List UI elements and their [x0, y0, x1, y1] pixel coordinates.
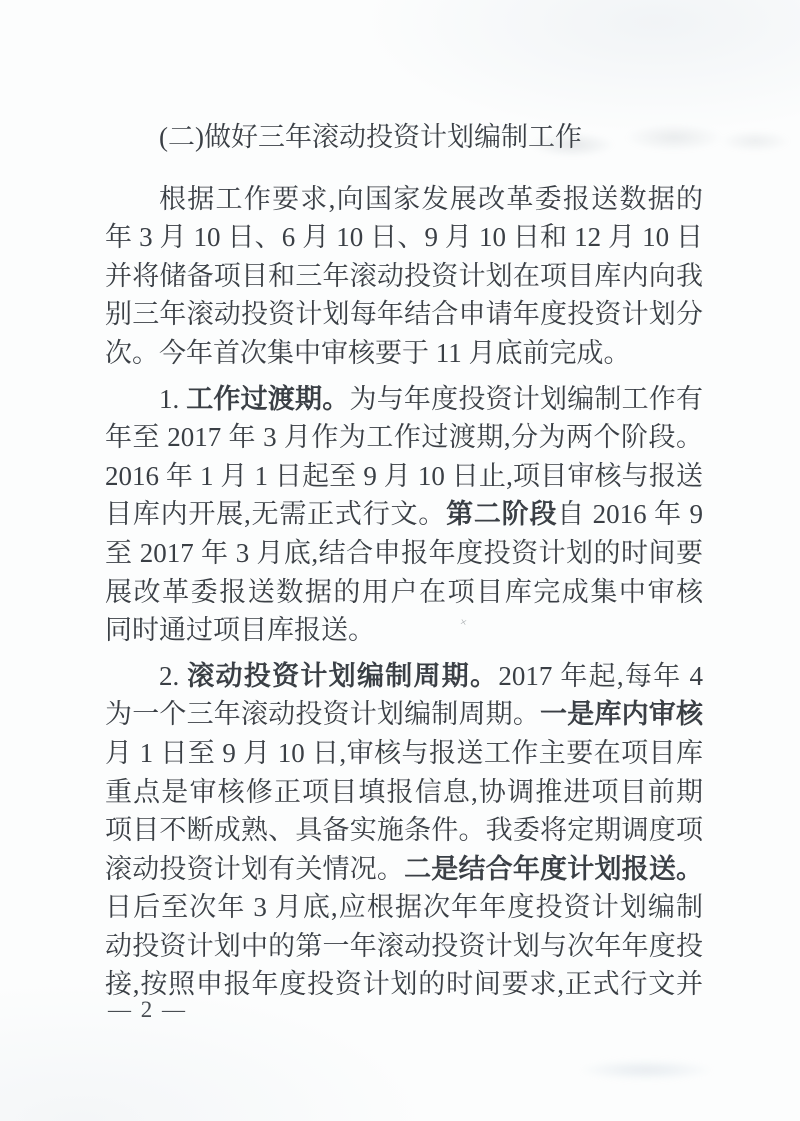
text-run: 日后至次年 3 月底,应根据次年年度投资计划编制要求,将三年滚 — [105, 892, 703, 927]
text-line: 目库内开展,无需正式行文。第二阶段自 2016 年 9 月 10 日以后 — [105, 495, 703, 534]
text-line: 至 2017 年 3 月底,结合申报年度投资计划的时间要求,向国家发 — [105, 534, 703, 573]
text-run: 年至 2017 年 3 月作为工作过渡期,分为两个阶段。 — [105, 422, 703, 452]
text-run: 年 3 月 10 日、6 月 10 日、9 月 10 日和 12 月 10 日前… — [105, 222, 703, 257]
text-line: 项目不断成熟、具备实施条件。我委将定期调度项目储备与三年 — [105, 811, 703, 850]
text-line: 接,按照申报年度投资计划的时间要求,正式行文并同时通过项目 — [105, 965, 703, 1004]
text-line: 次。今年首次集中审核要于 11 月底前完成。 — [105, 334, 703, 373]
section-heading: (二)做好三年滚动投资计划编制工作 — [105, 118, 703, 157]
text-run: 2016 年 1 月 1 日起至 9 月 10 日止,项目审核与报送工作主要在项 — [105, 461, 703, 496]
text-line: 根据工作要求,向国家发展改革委报送数据的用户分别于每 — [105, 180, 703, 219]
text-run: 同时通过项目库报送。 — [105, 615, 375, 645]
text-line: 日后至次年 3 月底,应根据次年年度投资计划编制要求,将三年滚 — [105, 888, 703, 927]
text-run: 别三年滚动投资计划每年结合申请年度投资计划分别正式行文一 — [105, 299, 703, 334]
text-run-bold: 滚动投资计划编制周期。 — [187, 661, 498, 691]
text-run: 重点是审核修正项目填报信息,协调推进项目前期工作进展,加速 — [105, 777, 703, 812]
scanned-document-page: { "page": { "number_label": "— 2 —", "co… — [0, 0, 800, 1121]
document-page: (二)做好三年滚动投资计划编制工作 根据工作要求,向国家发展改革委报送数据的用户… — [0, 0, 800, 1121]
text-run: 目库内开展,无需正式行文。 — [105, 499, 446, 529]
text-line: 1. 工作过渡期。为与年度投资计划编制工作有效衔接,2016 — [105, 380, 703, 419]
scan-smudge-artifact — [556, 1056, 736, 1084]
text-line: 月 1 日至 9 月 10 日,审核与报送工作主要在项目库内开展,工作 — [105, 734, 703, 773]
text-run: 并将储备项目和三年滚动投资计划在项目库内向我委报送,各类 — [105, 261, 703, 296]
text-run-bold: 工作过渡期。 — [186, 384, 349, 414]
text-line: 2. 滚动投资计划编制周期。2017 年起,每年 4 月至次年 3 月 — [105, 657, 703, 696]
text-run: 接,按照申报年度投资计划的时间要求,正式行文并同时通过项目 — [105, 969, 703, 1004]
text-run: 2. — [159, 661, 187, 691]
text-run: 为一个三年滚动投资计划编制周期。 — [105, 699, 540, 729]
text-run: 至 2017 年 3 月底,结合申报年度投资计划的时间要求,向国家发 — [105, 538, 703, 573]
text-run: 动投资计划中的第一年滚动投资计划与次年年度投资计划充分衔 — [105, 931, 703, 966]
text-run: 滚动投资计划有关情况。 — [105, 854, 404, 884]
text-line: 同时通过项目库报送。 — [105, 611, 703, 650]
document-body: 根据工作要求,向国家发展改革委报送数据的用户分别于每年 3 月 10 日、6 月… — [105, 180, 703, 1004]
text-line: 重点是审核修正项目填报信息,协调推进项目前期工作进展,加速 — [105, 773, 703, 812]
text-run: 次。今年首次集中审核要于 11 月底前完成。 — [105, 338, 631, 368]
text-run: 1. — [159, 384, 186, 414]
text-run: 展改革委报送数据的用户在项目库完成集中审核后,正式行文并 — [105, 577, 703, 612]
text-line: 为一个三年滚动投资计划编制周期。一是库内审核推进。每年 4 — [105, 695, 703, 734]
text-run: 项目不断成熟、具备实施条件。我委将定期调度项目储备与三年 — [105, 815, 703, 850]
document-content: (二)做好三年滚动投资计划编制工作 根据工作要求,向国家发展改革委报送数据的用户… — [105, 118, 703, 1004]
text-line: 2016 年 1 月 1 日起至 9 月 10 日止,项目审核与报送工作主要在项 — [105, 457, 703, 496]
page-number: — 2 — — [108, 997, 187, 1023]
text-line: 年至 2017 年 3 月作为工作过渡期,分为两个阶段。第一阶段自 — [105, 418, 703, 457]
text-line: 年 3 月 10 日、6 月 10 日、9 月 10 日和 12 月 10 日前… — [105, 218, 703, 257]
text-run: 根据工作要求,向国家发展改革委报送数据的用户分别于每 — [105, 184, 703, 219]
text-line: 滚动投资计划有关情况。二是结合年度计划报送。每年 9 月 10 — [105, 850, 703, 889]
text-line: 动投资计划中的第一年滚动投资计划与次年年度投资计划充分衔 — [105, 927, 703, 966]
text-line: 展改革委报送数据的用户在项目库完成集中审核后,正式行文并 — [105, 573, 703, 612]
text-line: 并将储备项目和三年滚动投资计划在项目库内向我委报送,各类 — [105, 257, 703, 296]
text-run-bold: 第二阶段 — [446, 499, 557, 529]
text-line: 别三年滚动投资计划每年结合申请年度投资计划分别正式行文一 — [105, 295, 703, 334]
text-run: 月 1 日至 9 月 10 日,审核与报送工作主要在项目库内开展,工作 — [105, 738, 703, 773]
text-run-bold: 二是结合年度计划报送。 — [404, 854, 703, 884]
